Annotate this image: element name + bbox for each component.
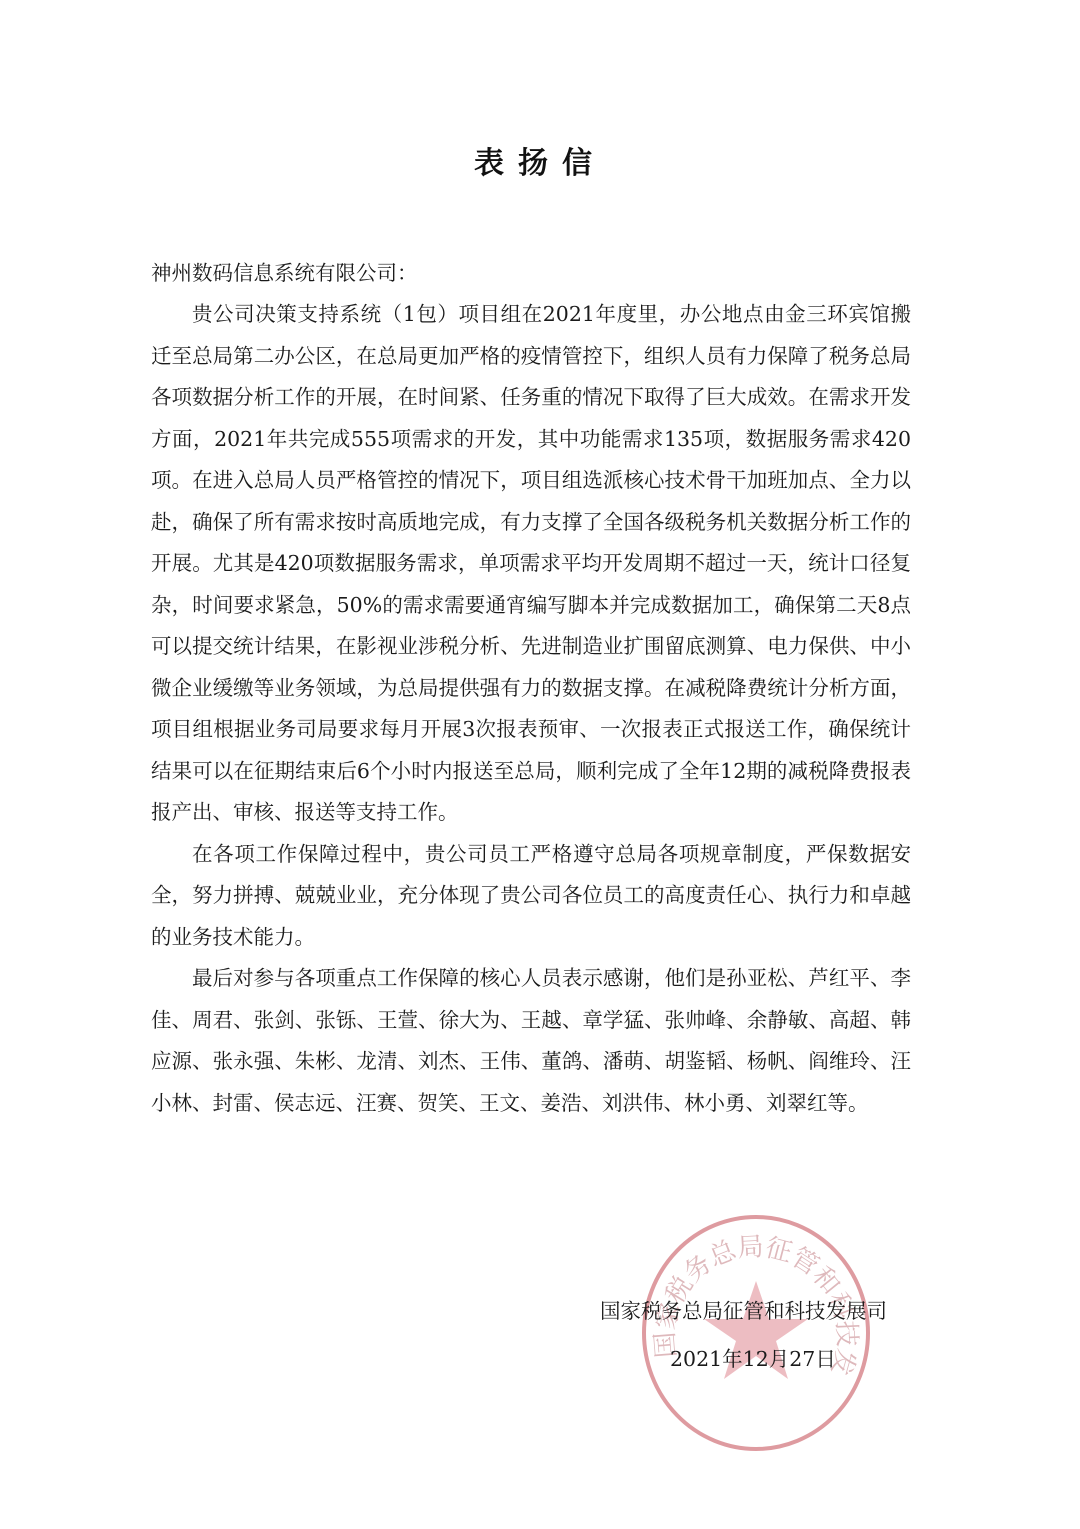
signature-block: 国家税务总局征管和科技发展司 2021年12月27日: [600, 1294, 910, 1372]
signature-date: 2021年12月27日: [600, 1342, 910, 1372]
salutation: 神州数码信息系统有限公司：: [151, 256, 418, 286]
letter-body: 贵公司决策支持系统（1包）项目组在2021年度里，办公地点由金三环宾馆搬迁至总局…: [151, 294, 911, 1124]
paragraph-conduct: 在各项工作保障过程中，贵公司员工严格遵守总局各项规章制度，严保数据安全，努力拼搏…: [151, 834, 911, 959]
letter-title: 表扬信: [0, 138, 1080, 182]
paragraph-achievements: 贵公司决策支持系统（1包）项目组在2021年度里，办公地点由金三环宾馆搬迁至总局…: [151, 294, 911, 834]
signature-organization: 国家税务总局征管和科技发展司: [600, 1294, 910, 1324]
paragraph-acknowledgements: 最后对参与各项重点工作保障的核心人员表示感谢，他们是孙亚松、芦红平、李佳、周君、…: [151, 958, 911, 1124]
letter-page: 表扬信 神州数码信息系统有限公司： 贵公司决策支持系统（1包）项目组在2021年…: [0, 0, 1080, 1529]
